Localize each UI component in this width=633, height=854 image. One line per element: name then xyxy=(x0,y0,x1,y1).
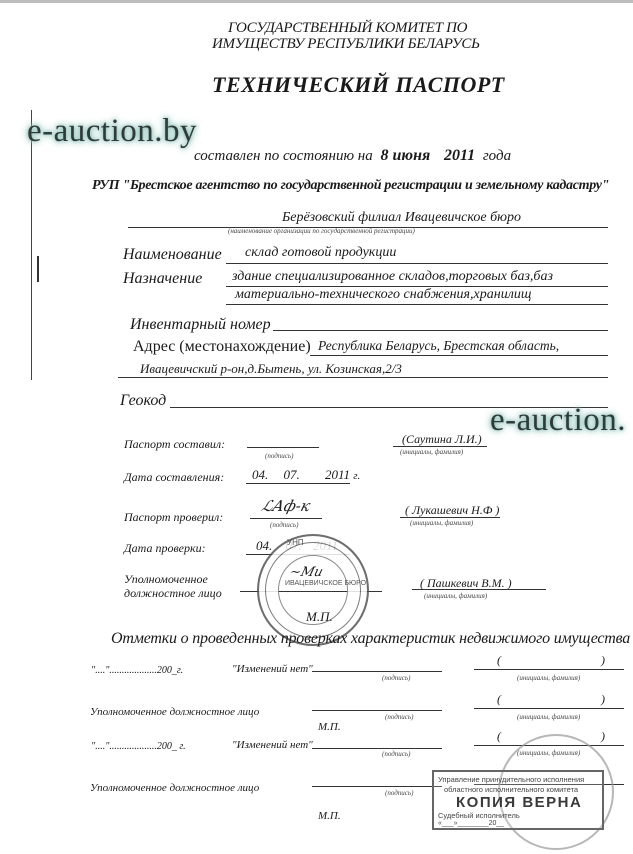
checked-by-signature: ℒАф-к xyxy=(260,497,313,515)
official-label-line-1: Уполномоченное xyxy=(124,572,208,587)
inspection-2-official-label: Уполномоченное должностное лицо xyxy=(90,782,259,794)
document-title: ТЕХНИЧЕСКИЙ ПАСПОРТ xyxy=(212,72,505,98)
inspection-1-official-name-caption: (инициалы, фамилия) xyxy=(517,713,580,721)
checked-by-signature-line xyxy=(250,518,322,519)
inspections-title: Отметки о проведенных проверках характер… xyxy=(111,630,630,648)
scan-top-border xyxy=(0,0,633,3)
purpose-label: Назначение xyxy=(123,270,202,288)
compiled-date: 8 июня xyxy=(381,147,431,164)
purpose-underline-2 xyxy=(226,304,608,305)
branch-caption: (наименование организации по государстве… xyxy=(228,227,415,235)
official-name-caption: (инициалы, фамилия) xyxy=(424,592,487,600)
copy-stamp-main: КОПИЯ ВЕРНА xyxy=(456,794,602,811)
address-value-line-1: Республика Беларусь, Брестская область, xyxy=(318,338,559,354)
address-underline-1 xyxy=(310,355,608,356)
inventory-field xyxy=(273,330,608,331)
inspection-1-official-sign-caption: (подпись) xyxy=(385,713,413,721)
inspection-2-official-sign-caption: (подпись) xyxy=(385,789,413,797)
inspection-1-name-close: ) xyxy=(601,653,605,668)
copy-certified-stamp: Управление принудительного исполнения об… xyxy=(432,770,604,830)
inspection-1-official-name-open: ( xyxy=(497,692,501,707)
compiled-suffix: года xyxy=(483,148,511,164)
inspection-2-status: "Изменений нет" xyxy=(232,739,313,751)
seal-unp: УНП xyxy=(287,538,304,547)
scan-margin-mark xyxy=(37,256,39,282)
geocode-label: Геокод xyxy=(120,392,166,410)
inspection-1-official-signature-line xyxy=(312,710,442,711)
compile-date-value: 04. 07. 2011 г. xyxy=(252,467,360,483)
checked-by-sign-caption: (подпись) xyxy=(270,521,298,529)
compiled-by-sign-caption: (подпись) xyxy=(265,452,293,460)
inspection-2-name-close: ) xyxy=(601,729,605,744)
checked-by-name-caption: (инициалы, фамилия) xyxy=(410,519,473,527)
inspection-2-signature-line xyxy=(312,748,442,749)
copy-stamp-line-1: Управление принудительного исполнения xyxy=(438,775,602,784)
checked-by-label: Паспорт проверил: xyxy=(124,510,223,525)
copy-stamp-date-line: «___»________20__ xyxy=(438,820,602,827)
branch-value: Берёзовский филиал Ивацевичское бюро xyxy=(282,210,521,226)
official-label-line-2: должностное лицо xyxy=(124,586,222,601)
checked-by-name: ( Лукашевич Н.Ф ) xyxy=(405,503,499,518)
compile-date-suffix: г. xyxy=(353,470,360,482)
purpose-value-line-2: материально-технического снабжения,храни… xyxy=(235,287,531,303)
copy-stamp-line-3: Судебный исполнитель xyxy=(438,811,602,820)
name-label: Наименование xyxy=(123,246,222,264)
compiled-by-signature-line xyxy=(247,447,319,448)
purpose-value-line-1: здание специализированное складов,торгов… xyxy=(232,269,553,285)
compile-date-day: 04. xyxy=(252,467,268,482)
agency-name: РУП "Брестское агентство по государствен… xyxy=(92,178,609,194)
official-name-line xyxy=(412,589,546,590)
checked-by-name-line xyxy=(400,517,500,518)
seal-center-text: ИВАЦЕВИЧСКОЕ БЮРО xyxy=(285,580,366,587)
address-value-line-2: Ивацевичский р-он,д.Бытень, ул. Козинска… xyxy=(140,361,402,377)
inspection-1-official-name-line xyxy=(474,708,624,709)
inspection-2-name-open: ( xyxy=(497,729,501,744)
copy-stamp-line-2: областного исполнительного комитета xyxy=(444,785,602,794)
inspection-1-sign-caption: (подпись) xyxy=(382,674,410,682)
inspection-1-official-name-close: ) xyxy=(601,692,605,707)
seal-signature: ~Ми xyxy=(288,565,325,580)
address-label: Адрес (местонахождение) xyxy=(133,338,311,356)
watermark-e-auction: e-auction.by xyxy=(27,113,197,150)
compiled-by-name-line xyxy=(393,446,487,447)
compile-date-month: 07. xyxy=(284,467,300,482)
committee-line-2: ИМУЩЕСТВУ РЕСПУБЛИКИ БЕЛАРУСЬ xyxy=(212,36,480,53)
inspection-1-date: "...."...................200_г. xyxy=(91,665,183,676)
inspection-2-sign-caption: (подпись) xyxy=(382,750,410,758)
compile-date-year: 2011 xyxy=(325,467,350,482)
check-date-label: Дата проверки: xyxy=(124,541,206,556)
compiled-by-label: Паспорт составил: xyxy=(124,437,225,452)
inspection-1-name-line xyxy=(474,669,624,670)
compiled-prefix: составлен по состоянию на xyxy=(194,148,373,164)
inspection-2-date: "...."...................200_ г. xyxy=(91,741,186,752)
compiled-by-name: (Саутина Л.И.) xyxy=(402,432,482,447)
inspection-2-official-signature-line xyxy=(312,786,442,787)
compiled-line: составлен по состоянию на 8 июня 2011 го… xyxy=(194,147,511,165)
inspection-1-signature-line xyxy=(312,671,442,672)
inspection-2-seal-mark: М.П. xyxy=(318,810,341,822)
seal-mark: М.П. xyxy=(306,609,333,625)
address-underline-2 xyxy=(118,377,608,378)
name-underline xyxy=(226,263,608,264)
inspection-1-status: "Изменений нет" xyxy=(232,663,313,675)
inspection-1-seal-mark: М.П. xyxy=(318,721,341,733)
compiled-by-name-caption: (инициалы, фамилия) xyxy=(400,448,463,456)
name-value: склад готовой продукции xyxy=(245,245,396,261)
compiled-year: 2011 xyxy=(444,147,475,164)
inspection-1-official-label: Уполномоченное должностное лицо xyxy=(90,706,259,718)
compile-date-label: Дата составления: xyxy=(124,470,224,485)
inventory-label: Инвентарный номер xyxy=(130,316,271,334)
inspection-1-name-caption: (инициалы, фамилия) xyxy=(517,674,580,682)
inspection-1-name-open: ( xyxy=(497,653,501,668)
watermark-e-auction-2: e-auction. xyxy=(490,402,626,439)
check-date-day: 04. xyxy=(256,538,272,553)
compile-date-line xyxy=(246,483,350,484)
scan-left-edge xyxy=(31,110,32,380)
committee-line-1: ГОСУДАРСТВЕННЫЙ КОМИТЕТ ПО xyxy=(228,20,467,37)
